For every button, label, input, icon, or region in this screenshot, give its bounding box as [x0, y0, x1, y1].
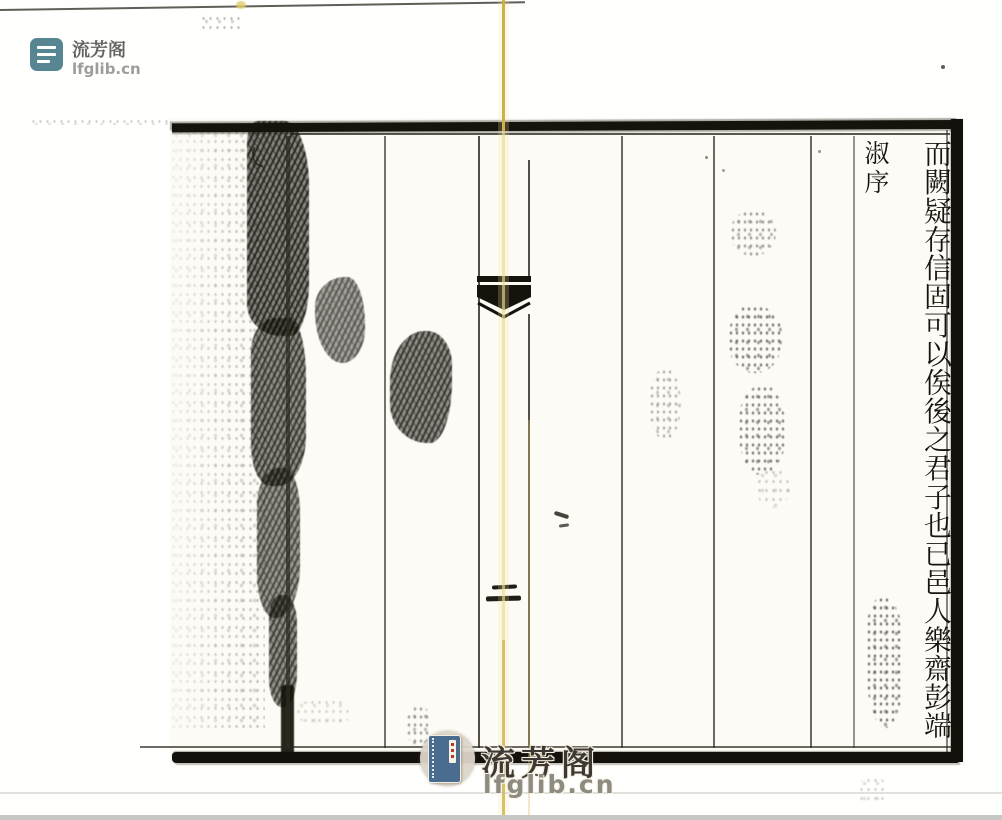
scanned-book-page: 而闕疑存信固可以俟後之君子也已邑人樂齋彭端 淑序 流芳阁 lfglib.cn 流… [0, 0, 1002, 820]
ink-speckle-right-tail [756, 468, 790, 508]
column-rule-6 [853, 136, 855, 748]
text-column-continuation: 淑序 [856, 140, 888, 204]
book-stack-icon [30, 38, 63, 71]
ink-speckle-right-upper [730, 210, 776, 256]
column-rule-4 [713, 136, 715, 748]
scan-specks-left-of-frame [30, 117, 170, 125]
text-column-main: 而闕疑存信固可以俟後之君子也已邑人樂齋彭端 [898, 139, 950, 753]
paper-stain-yellow-dot [236, 1, 246, 9]
watermark-site-name: 流芳阁 [72, 36, 126, 62]
column-rule-banxin-left [478, 136, 480, 748]
ink-blob-mid-left [390, 331, 452, 443]
thread-bound-book-icon [428, 735, 461, 783]
ink-dot-3 [722, 169, 725, 172]
watermark-site-url: lfglib.cn [72, 60, 141, 78]
book-title-label [449, 740, 456, 763]
ink-smudge-left-heavy-mid [251, 318, 306, 486]
ink-speckle-below-frame-right [858, 776, 888, 806]
column-rule-3 [621, 136, 623, 748]
ink-dot-4 [818, 150, 821, 153]
frame-top-inner-rule [290, 133, 950, 135]
ink-speckle-center-right [649, 368, 681, 440]
fold-line [502, 0, 505, 820]
scan-specks-top [200, 14, 240, 32]
scan-edge-gray-band [0, 815, 1002, 820]
ink-dot-2 [705, 156, 708, 159]
ink-speckle-right-lower [738, 385, 786, 475]
column-rule-banxin-right-upper [528, 160, 530, 277]
column-rule-1 [286, 136, 290, 748]
ink-speckle-right-mid [728, 305, 782, 373]
scan-artifact-top-line [0, 1, 525, 11]
ink-speckle-bottom-left-page [295, 698, 353, 726]
column-rule-5 [810, 136, 812, 748]
ink-dot-1 [941, 65, 945, 69]
watermark-site-url: lfglib.cn [483, 770, 616, 799]
column-rule-2 [384, 136, 386, 748]
